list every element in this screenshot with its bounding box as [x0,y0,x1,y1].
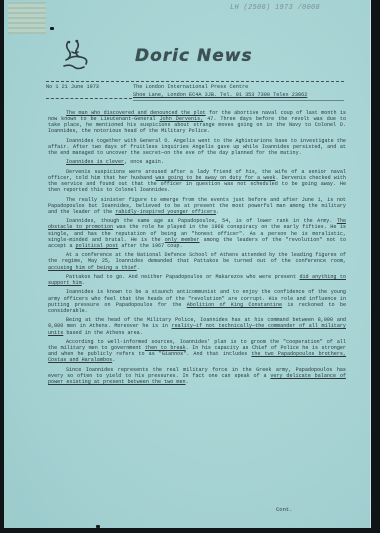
publisher-name: The London International Press Centre [133,84,248,90]
punch-mark [96,525,100,528]
header-rule-top [46,81,344,82]
article-body: The man who discovered and denounced the… [48,110,346,388]
article-paragraph: Ioannides is known to be a staunch antic… [48,289,346,314]
underlined-phrase: Ioannides is clever [66,159,124,165]
text-segment: Ioannides together with General O. Angel… [48,138,346,156]
text-segment: . [112,357,115,363]
underlined-phrase: The man who discovered and denounced the… [66,110,206,116]
underlined-phrase: Abolition of King Constantine [187,302,282,308]
underlined-phrase: rabidly-inspired younger officers [115,209,216,215]
text-segment: based in the Athens area. [63,330,142,336]
archive-stamp [8,2,46,34]
article-paragraph: Dervenis suspicions were aroused after a… [48,169,346,194]
text-segment: . [82,280,85,286]
header-rule-bottom [46,98,132,99]
masthead-title: Doric News [135,46,253,66]
article-paragraph: Since Ioannides represents the real mili… [48,367,346,385]
underlined-phrase: political post [76,243,119,249]
article-paragraph: At a conference at the National Defence … [48,252,346,270]
underlined-phrase: accusing him of being a thief [48,265,137,271]
double-headed-eagle-icon [60,38,92,72]
text-segment: Ioannides, though the same age as Papado… [66,218,337,224]
article-paragraph: Ioannides together with General O. Angel… [48,138,346,156]
article-paragraph: Being at the head of the Military Police… [48,317,346,335]
text-segment: after the 1967 coup. [118,243,182,249]
article-paragraph: Ioannides is clever, once again. [48,159,346,165]
issue-date: No 1 21 June 1973 [46,84,99,90]
text-segment: , once again. [124,159,164,165]
text-segment: . [186,379,189,385]
text-segment: Pattakos had to go. And neither Papadopo… [66,274,299,280]
article-paragraph: The man who discovered and denounced the… [48,110,346,135]
underlined-phrase: only member [165,237,200,243]
article-paragraph: The really sinister figure to emerge fro… [48,197,346,215]
article-paragraph: Ioannides, though the same age as Papado… [48,218,346,249]
underlined-phrase: was going to be away on duty for a week [155,175,275,181]
continued-label: Cont. [276,506,293,513]
header-rule-bottom-right [133,100,344,101]
underlined-phrase: John Dervenis, [160,116,204,122]
text-segment: . [216,209,219,215]
publisher-address: Shoe Lane, London EC4A 3JB. Tel. 01 353 … [133,92,307,98]
punch-mark [50,27,54,30]
underlined-phrase: reality—if not technically— [172,323,256,329]
article-paragraph: According to well-informed sources, Ioan… [48,339,346,364]
archive-reference: LH (2508) 1973 /0008 [230,4,320,12]
document-page: LH (2508) 1973 /0008 Doric News No 1 21 … [4,0,371,528]
text-segment: At a conference at the National Defence … [48,252,346,264]
text-segment: . [137,265,140,271]
article-paragraph: Pattakos had to go. And neither Papadopo… [48,274,346,286]
underlined-phrase: then to break [145,345,186,351]
